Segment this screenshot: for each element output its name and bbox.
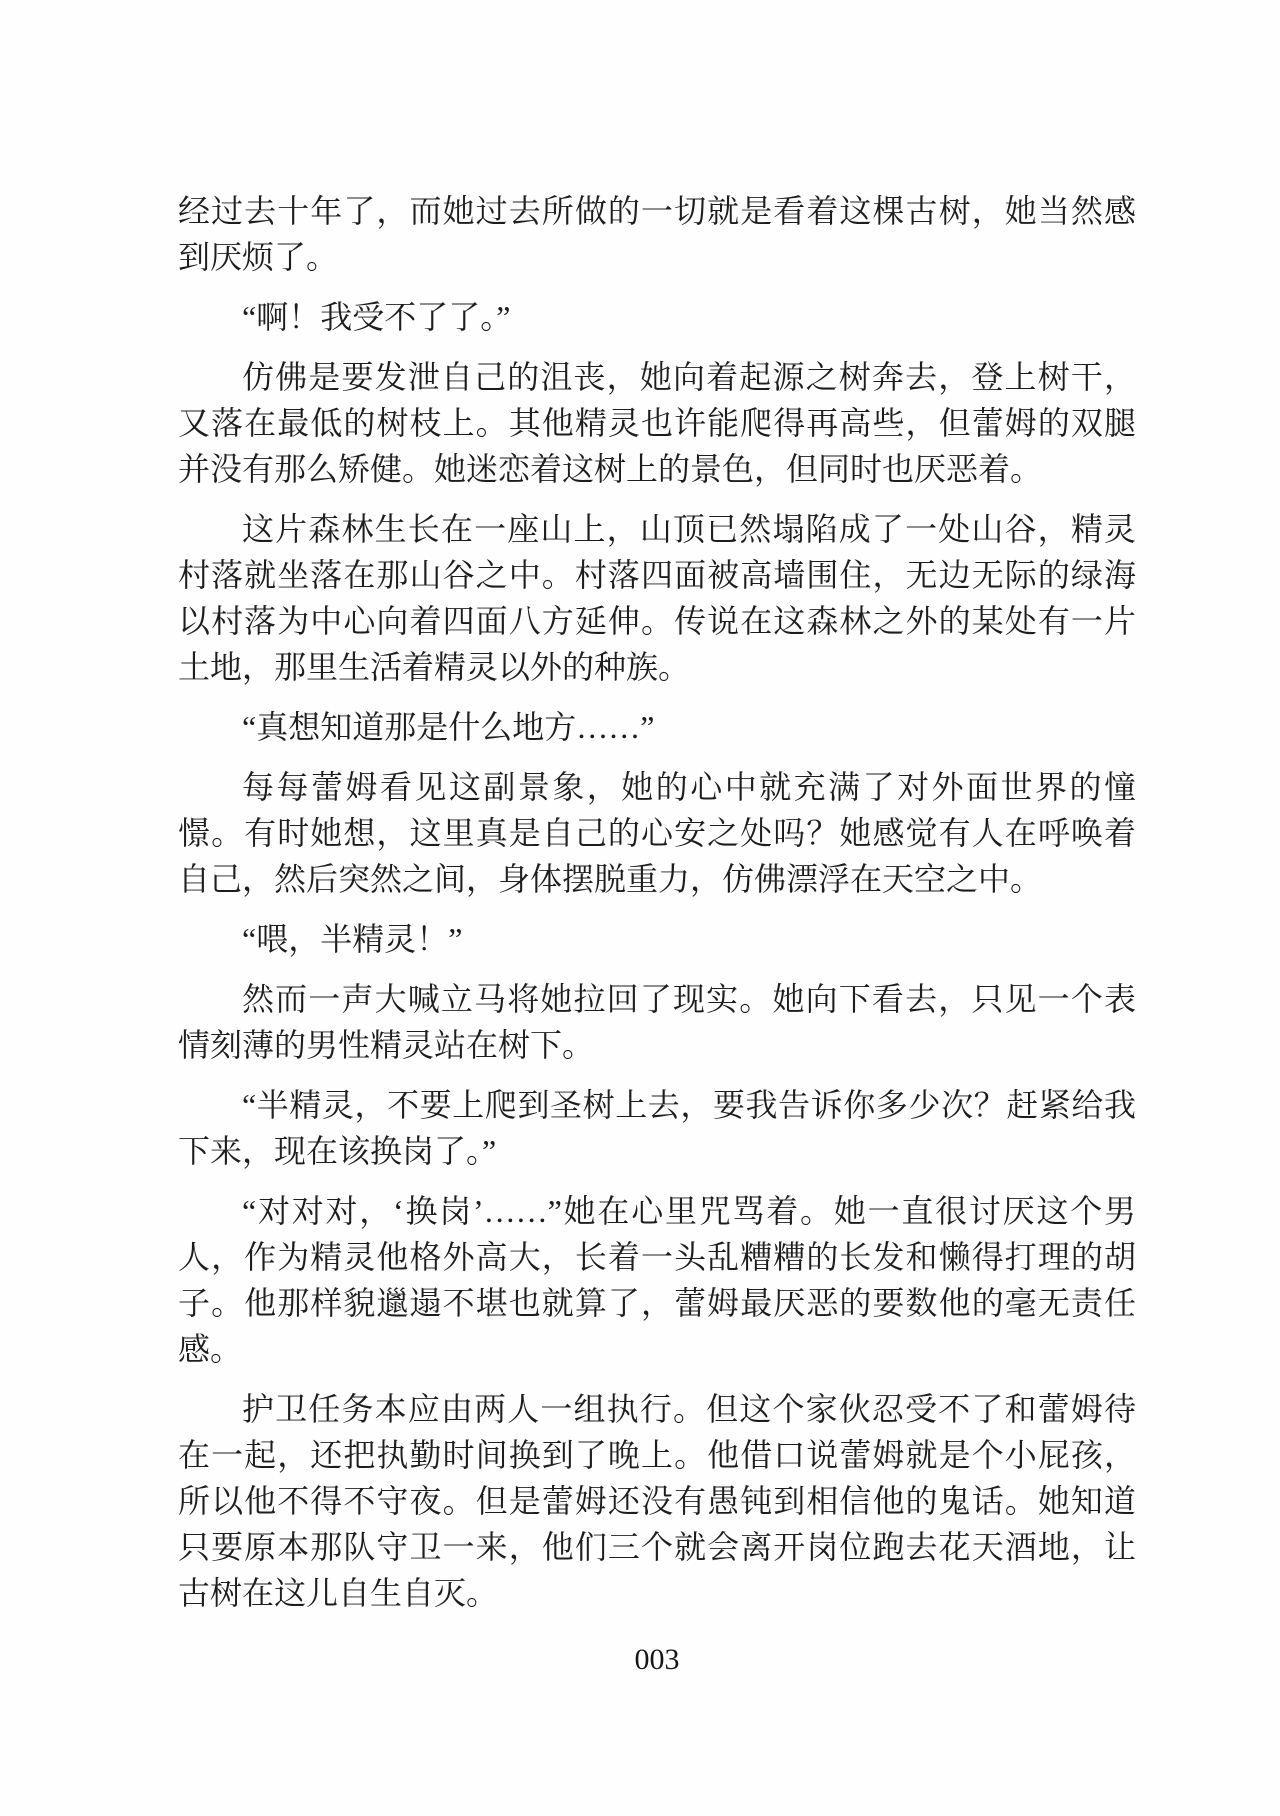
body-paragraph: “对对对，‘换岗’……”她在心里咒骂着。她一直很讨厌这个男人，作为精灵他格外高大… [178, 1188, 1136, 1372]
page-number: 003 [178, 1643, 1136, 1677]
dialogue-paragraph: “啊！我受不了了。” [178, 294, 1136, 340]
dialogue-paragraph: “真想知道那是什么地方……” [178, 704, 1136, 750]
body-paragraph: 然而一声大喊立马将她拉回了现实。她向下看去，只见一个表情刻薄的男性精灵站在树下。 [178, 976, 1136, 1068]
body-paragraph: 这片森林生长在一座山上，山顶已然塌陷成了一处山谷，精灵村落就坐落在那山谷之中。村… [178, 506, 1136, 690]
body-paragraph: 每每蕾姆看见这副景象，她的心中就充满了对外面世界的憧憬。有时她想，这里真是自己的… [178, 764, 1136, 902]
book-page: 经过去十年了，而她过去所做的一切就是看着这棵古树，她当然感到厌烦了。“啊！我受不… [0, 0, 1280, 1816]
dialogue-paragraph: “半精灵，不要上爬到圣树上去，要我告诉你多少次？赶紧给我下来，现在该换岗了。” [178, 1082, 1136, 1174]
page-text: 经过去十年了，而她过去所做的一切就是看着这棵古树，她当然感到厌烦了。“啊！我受不… [178, 188, 1136, 1616]
body-paragraph: 仿佛是要发泄自己的沮丧，她向着起源之树奔去，登上树干，又落在最低的树枝上。其他精… [178, 354, 1136, 492]
body-paragraph: 护卫任务本应由两人一组执行。但这个家伙忍受不了和蕾姆待在一起，还把执勤时间换到了… [178, 1386, 1136, 1616]
dialogue-paragraph: “喂，半精灵！” [178, 916, 1136, 962]
body-paragraph: 经过去十年了，而她过去所做的一切就是看着这棵古树，她当然感到厌烦了。 [178, 188, 1136, 280]
